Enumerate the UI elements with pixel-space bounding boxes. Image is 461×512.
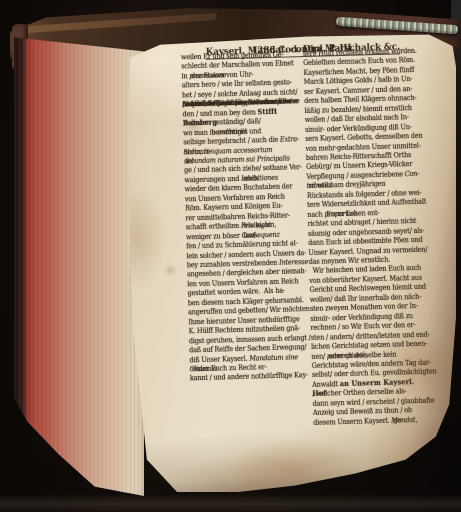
- table-surface: [0, 494, 461, 512]
- page-bottom-shadow: [120, 30, 456, 492]
- open-book-page: 1286 Cod. Dipl. P. III. Kayserl. Mandat.…: [120, 30, 456, 492]
- photo-of-open-antique-book: 1286 Cod. Dipl. P. III. Kayserl. Mandat.…: [0, 0, 461, 512]
- red-fore-edge-pages: [14, 28, 144, 496]
